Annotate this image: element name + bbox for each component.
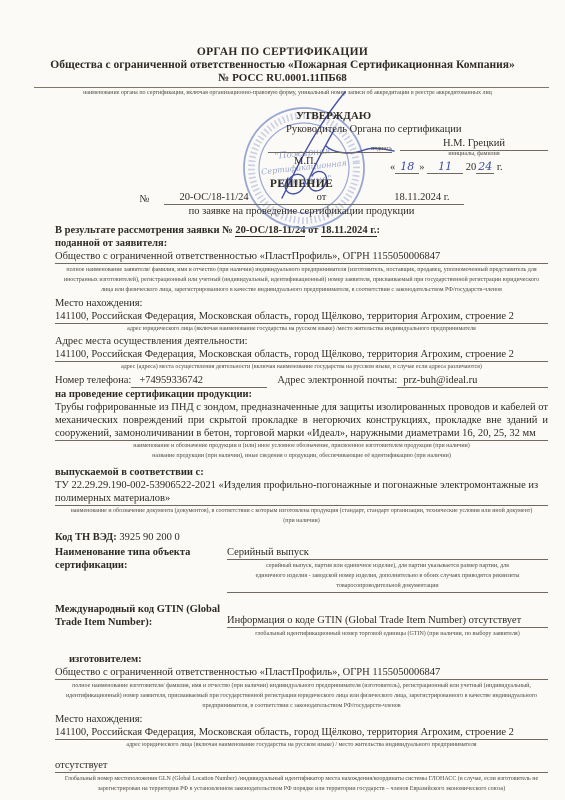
spacer xyxy=(55,751,548,759)
org-title: ОРГАН ПО СЕРТИФИКАЦИИ xyxy=(0,46,565,58)
product-label: на проведение сертификации продукции: xyxy=(55,388,548,401)
product-fineprint-2: название продукции (при наличии), иные с… xyxy=(63,452,540,460)
tnved-value: 3925 90 200 0 xyxy=(119,532,179,543)
approve-label: УТВЕРЖДАЮ xyxy=(296,110,371,122)
cert-type-fineprint: серийный выпуск, партия или единичное из… xyxy=(251,561,524,591)
standard-label: выпускаемой в соответствии с: xyxy=(55,466,548,479)
email-value: prz-buh@ideal.ru xyxy=(397,374,548,388)
cert-type-value: Серийный выпуск xyxy=(227,546,548,560)
product-fineprint-1: наименование и обозначение продукции и (… xyxy=(63,442,540,450)
activity-fineprint: адрес (адреса) места осуществления деяте… xyxy=(63,363,540,371)
document-body: В результате рассмотрения заявки № 20-ОС… xyxy=(0,224,565,794)
activity-value: 141100, Российская Федерация, Московская… xyxy=(55,348,548,362)
gln-fineprint: Глобальный номер местоположения GLN (Glo… xyxy=(63,774,540,794)
name-fineprint: инициалы, фамилия xyxy=(400,151,548,157)
location-label: Место нахождения: xyxy=(55,297,548,310)
org-name: Общества с ограниченной ответственностью… xyxy=(0,59,565,71)
cert-type-row: Наименование типа объекта сертификации: … xyxy=(55,546,548,593)
decision-from-label: от xyxy=(317,192,327,203)
date-year-print: 20 xyxy=(466,162,477,173)
quote-close: » xyxy=(419,162,424,173)
manufacturer-label: изготовителем: xyxy=(69,653,548,666)
decision-date: 18.11.2024 г. xyxy=(394,192,449,203)
manufacturer-location-fineprint: адрес юридического лица (включая наимено… xyxy=(63,741,540,749)
cert-type-label: Наименование типа объекта сертификации: xyxy=(55,546,227,593)
manufacturer-value: Общество с ограниченной ответственностью… xyxy=(55,666,548,680)
email-label: Адрес электронной почты: xyxy=(277,374,397,388)
location-fineprint: адрес юридического лица (включая наимено… xyxy=(63,325,540,333)
tnved-label: Код ТН ВЭД: xyxy=(55,532,117,543)
spacer xyxy=(227,603,548,614)
decision-number-line: № 20-ОС/18-11/24 от 18.11.2024 г. xyxy=(55,192,548,205)
result-suffix: : xyxy=(377,225,381,236)
phone-label: Номер телефона: xyxy=(55,374,131,388)
date-year-hand: 24 xyxy=(476,160,494,174)
stamp-place-mark: М.П. xyxy=(294,156,316,167)
manufacturer-location-value: 141100, Российская Федерация, Московская… xyxy=(55,726,548,740)
activity-label: Адрес места осуществления деятельности: xyxy=(55,335,548,348)
location-value: 141100, Российская Федерация, Московская… xyxy=(55,310,548,324)
cert-type-col: Серийный выпуск серийный выпуск, партия … xyxy=(227,546,548,593)
divider xyxy=(227,592,548,593)
gtin-col: Информация о коде GTIN (Global Trade Ite… xyxy=(227,603,548,639)
manufacturer-fineprint: полное наименование изготовителя/ фамили… xyxy=(63,681,540,711)
decision-number-fill: 20-ОС/18-11/24 от 18.11.2024 г. xyxy=(164,192,464,205)
applicant-fineprint: полное наименование заявителя/ фамилия, … xyxy=(63,265,540,295)
number-sign: № xyxy=(139,194,149,205)
signature-line: подпись xyxy=(268,133,392,153)
certification-decision-document: ОРГАН ПО СЕРТИФИКАЦИИ Общества с огранич… xyxy=(0,0,565,800)
applicant-value: Общество с ограниченной ответственностью… xyxy=(55,250,548,264)
date-suffix: г. xyxy=(497,162,503,173)
tnved-line: Код ТН ВЭД: 3925 90 200 0 xyxy=(55,531,548,544)
gtin-row: Международный код GTIN (Global Trade Ite… xyxy=(55,603,548,639)
gtin-label: Международный код GTIN (Global Trade Ite… xyxy=(55,603,227,639)
standard-fineprint-1: наименование и обозначение документа (до… xyxy=(63,507,540,515)
approval-date: «18» 11 2024 г. xyxy=(390,160,550,174)
spacer xyxy=(55,593,548,601)
product-value: Трубы гофрированные из ПНД с зондом, пре… xyxy=(55,401,548,441)
standard-value: ТУ 22.29.29.190-002-53906522-2021 «Издел… xyxy=(55,479,548,506)
decision-number: 20-ОС/18-11/24 xyxy=(180,192,249,203)
phone-value: +74959336742 xyxy=(131,374,267,388)
applicant-label: поданной от заявителя: xyxy=(55,237,548,250)
gln-value: отсутствует xyxy=(55,759,548,773)
accreditation-number: № РОСС RU.0001.11ПБ68 xyxy=(0,72,565,84)
gtin-value: Информация о коде GTIN (Global Trade Ite… xyxy=(227,614,548,628)
document-header-zone: ОРГАН ПО СЕРТИФИКАЦИИ Общества с огранич… xyxy=(0,0,565,224)
decision-subtitle: по заявке на проведение сертификации про… xyxy=(55,206,548,217)
spacer xyxy=(55,639,548,653)
date-day: 18 xyxy=(395,160,419,174)
standard-fineprint-2: (при наличии) xyxy=(63,517,540,525)
approver-name-block: Н.М. Грецкий инициалы, фамилия xyxy=(400,138,548,157)
gtin-fineprint: глобальный идентификационный номер торго… xyxy=(247,629,528,639)
manufacturer-location-label: Место нахождения: xyxy=(55,713,548,726)
decision-title: РЕШЕНИЕ xyxy=(55,178,548,190)
result-prefix: В результате рассмотрения заявки № xyxy=(55,225,233,236)
date-month: 11 xyxy=(427,160,463,174)
signature-fineprint: подпись xyxy=(371,146,392,152)
approver-name: Н.М. Грецкий xyxy=(400,138,548,151)
contacts-row: Номер телефона: +74959336742 Адрес элект… xyxy=(55,374,548,388)
